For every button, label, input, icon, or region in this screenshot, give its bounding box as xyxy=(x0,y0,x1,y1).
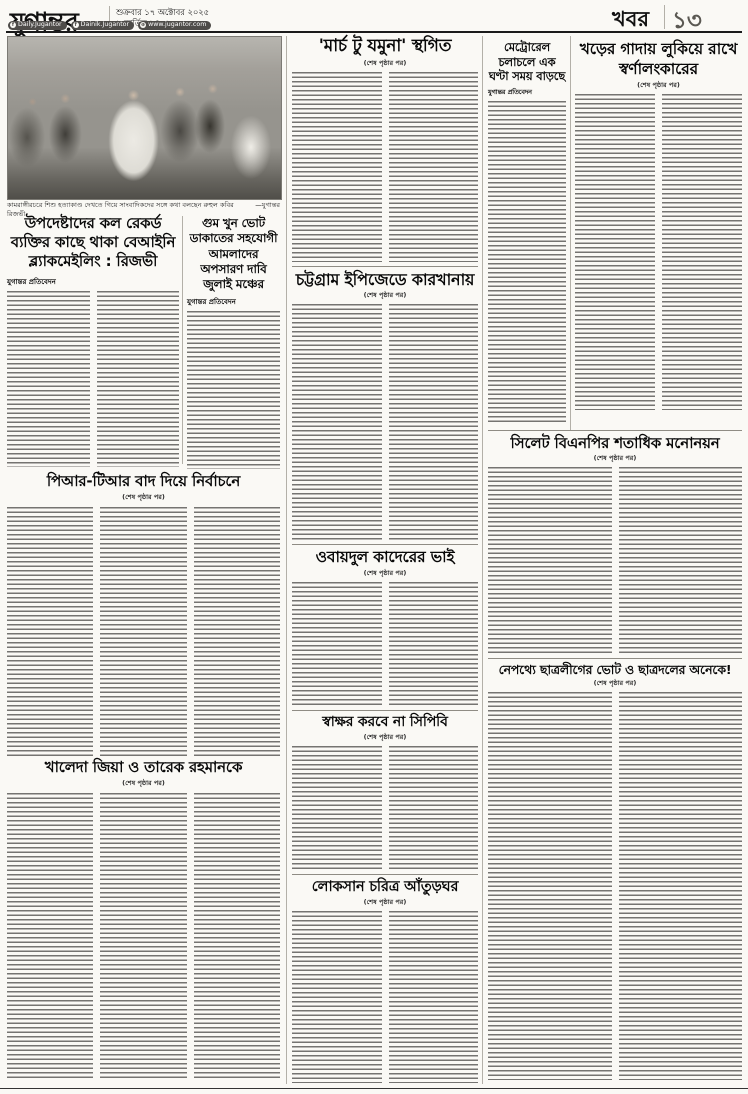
article-divider xyxy=(292,710,478,711)
article-headline[interactable]: খালেদা জিয়া ও তারেক রহমানকে xyxy=(7,758,280,777)
continuation-note: (শেষ পৃষ্ঠার পর) xyxy=(292,568,478,579)
continuation-note: (শেষ পৃষ্ঠার পর) xyxy=(292,732,478,743)
continuation-note: (শেষ পৃষ্ঠার পর) xyxy=(488,453,742,464)
article-body-text xyxy=(488,101,566,423)
article-body-text xyxy=(187,311,280,469)
article-byline: যুগান্তর প্রতিবেদন xyxy=(187,296,280,308)
article-body xyxy=(292,304,478,540)
column-rule xyxy=(182,216,183,464)
article-headline[interactable]: লোকসান চরিত্র আঁতুড়ঘর xyxy=(292,878,478,897)
article-body-text xyxy=(575,94,655,410)
article-headline[interactable]: নেপথ্যে ছাত্রলীগের ভোট ও ছাত্রদলের অনেকে… xyxy=(488,662,742,678)
article-body-text xyxy=(100,793,186,1081)
article-headline[interactable]: পিআর-টিআর বাদ দিয়ে নির্বাচনে xyxy=(7,472,280,491)
article-divider xyxy=(292,266,478,267)
article-body-text xyxy=(619,692,743,1080)
article-body xyxy=(488,467,742,653)
social-badges: f Daily.Jugantor f Dainik.Jugantor ⊕ www… xyxy=(8,21,211,30)
article-body xyxy=(292,911,478,1083)
article-body xyxy=(7,291,179,467)
article-byline: যুগান্তর প্রতিবেদন xyxy=(7,276,179,288)
article-body-text xyxy=(488,692,612,1080)
article-headline[interactable]: স্বাক্ষর করবে না সিপিবি xyxy=(292,714,478,732)
section-divider xyxy=(664,5,665,29)
article-body xyxy=(488,692,742,1080)
continuation-note: (শেষ পৃষ্ঠার পর) xyxy=(7,492,280,503)
article-body-text xyxy=(292,911,382,1083)
article-body-text xyxy=(97,291,180,467)
continuation-note: (শেষ পৃষ্ঠার পর) xyxy=(575,80,742,91)
article-headline[interactable]: সিলেট বিএনপির শতাধিক মনোনয়ন xyxy=(488,434,742,453)
article-body-text xyxy=(662,94,742,410)
article-loksan: লোকসান চরিত্র আঁতুড়ঘর (শেষ পৃষ্ঠার পর) xyxy=(292,878,478,1083)
article-body-text xyxy=(7,291,90,467)
article-body-text xyxy=(194,793,280,1081)
article-body xyxy=(292,72,478,262)
article-divider xyxy=(292,544,478,545)
continuation-note: (শেষ পৃষ্ঠার পর) xyxy=(292,897,478,908)
newspaper-page: যুগান্তর শুক্রবার ১৭ অক্টোবর ২০২৫ ১ কার্… xyxy=(0,0,748,1094)
article-headline[interactable]: ওবায়দুল কাদেরের ভাই xyxy=(292,548,478,568)
badge-daily-jugantor: f Daily.Jugantor xyxy=(8,21,67,30)
article-march-jomuna: 'মার্চ টু যমুনা' স্থগিত (শেষ পৃষ্ঠার পর) xyxy=(292,36,478,262)
article-body-text xyxy=(389,582,479,708)
article-obaidul: ওবায়দুল কাদেরের ভাই (শেষ পৃষ্ঠার পর) xyxy=(292,548,478,708)
article-divider xyxy=(488,658,742,659)
article-body-text xyxy=(292,582,382,708)
article-body-text xyxy=(292,304,382,540)
article-body xyxy=(292,582,478,708)
badge-label: Daily.Jugantor xyxy=(18,22,62,29)
article-chhatra: নেপথ্যে ছাত্রলীগের ভোট ও ছাত্রদলের অনেকে… xyxy=(488,662,742,1080)
badge-label: Dainik.Jugantor xyxy=(81,22,129,29)
article-body-text xyxy=(292,72,382,262)
badge-website: ⊕ www.jugantor.com xyxy=(138,21,211,30)
badge-label: www.jugantor.com xyxy=(148,22,206,29)
article-body-text xyxy=(488,467,612,653)
article-body-text xyxy=(194,507,280,759)
article-body-text xyxy=(619,467,743,653)
date-gregorian: শুক্রবার ১৭ অক্টোবর ২০২৫ xyxy=(116,7,209,18)
article-body-text xyxy=(7,793,93,1081)
article-pr-tr: পিআর-টিআর বাদ দিয়ে নির্বাচনে (শেষ পৃষ্ঠ… xyxy=(7,472,280,759)
article-khorer-gada: খড়ের গাদায় লুকিয়ে রাখে স্বর্ণালংকারের… xyxy=(575,40,742,410)
article-body-text xyxy=(389,72,479,262)
article-body xyxy=(7,507,280,759)
page-number: ১৩ xyxy=(672,2,702,41)
article-july-moncho: গুম খুন ভোট ডাকাতের সহযোগী আমলাদের অপসার… xyxy=(187,216,280,469)
article-body-text xyxy=(389,911,479,1083)
globe-icon: ⊕ xyxy=(140,22,146,28)
article-body xyxy=(575,94,742,410)
article-byline: যুগান্তর প্রতিবেদন xyxy=(488,87,566,98)
article-headline[interactable]: চট্টগ্রাম ইপিজেডে কারখানায় xyxy=(292,270,478,290)
article-body-text xyxy=(7,507,93,759)
article-cpb: স্বাক্ষর করবে না সিপিবি (শেষ পৃষ্ঠার পর) xyxy=(292,714,478,870)
article-ctg-epz: চট্টগ্রাম ইপিজেডে কারখানায় (শেষ পৃষ্ঠার… xyxy=(292,270,478,540)
column-rule xyxy=(482,36,483,1084)
article-divider xyxy=(488,430,742,431)
article-body-text xyxy=(292,746,382,870)
article-body-text xyxy=(389,304,479,540)
continuation-note: (শেষ পৃষ্ঠার পর) xyxy=(292,58,478,69)
article-body-text xyxy=(100,507,186,759)
article-sylhet-bnp: সিলেট বিএনপির শতাধিক মনোনয়ন (শেষ পৃষ্ঠা… xyxy=(488,434,742,653)
page-bottom-rule xyxy=(0,1088,748,1089)
article-headline[interactable]: খড়ের গাদায় লুকিয়ে রাখে স্বর্ণালংকারের xyxy=(575,40,742,80)
article-rizvi: উপদেষ্টাদের কল রেকর্ড ব্যক্তির কাছে থাকা… xyxy=(7,214,179,467)
article-divider xyxy=(292,874,478,875)
article-headline[interactable]: 'মার্চ টু যমুনা' স্থগিত xyxy=(292,36,478,58)
article-headline[interactable]: উপদেষ্টাদের কল রেকর্ড ব্যক্তির কাছে থাকা… xyxy=(7,214,179,272)
continuation-note: (শেষ পৃষ্ঠার পর) xyxy=(488,678,742,689)
continuation-note: (শেষ পৃষ্ঠার পর) xyxy=(292,290,478,301)
facebook-icon: f xyxy=(73,22,79,28)
article-body xyxy=(7,793,280,1081)
news-photo[interactable] xyxy=(7,36,282,200)
article-body xyxy=(292,746,478,870)
continuation-note: (শেষ পৃষ্ঠার পর) xyxy=(7,778,280,789)
column-rule xyxy=(286,36,287,1084)
badge-dainik-jugantor: f Dainik.Jugantor xyxy=(71,21,134,30)
masthead-rule xyxy=(6,31,742,33)
article-headline[interactable]: মেট্রোরেল চলাচলে এক ঘণ্টা সময় বাড়ছে xyxy=(488,40,566,84)
facebook-icon: f xyxy=(10,22,16,28)
article-headline[interactable]: গুম খুন ভোট ডাকাতের সহযোগী আমলাদের অপসার… xyxy=(187,216,280,293)
column-rule xyxy=(570,36,571,430)
article-metro: মেট্রোরেল চলাচলে এক ঘণ্টা সময় বাড়ছে যু… xyxy=(488,40,566,423)
article-khaleda: খালেদা জিয়া ও তারেক রহমানকে (শেষ পৃষ্ঠা… xyxy=(7,758,280,1081)
article-body-text xyxy=(389,746,479,870)
